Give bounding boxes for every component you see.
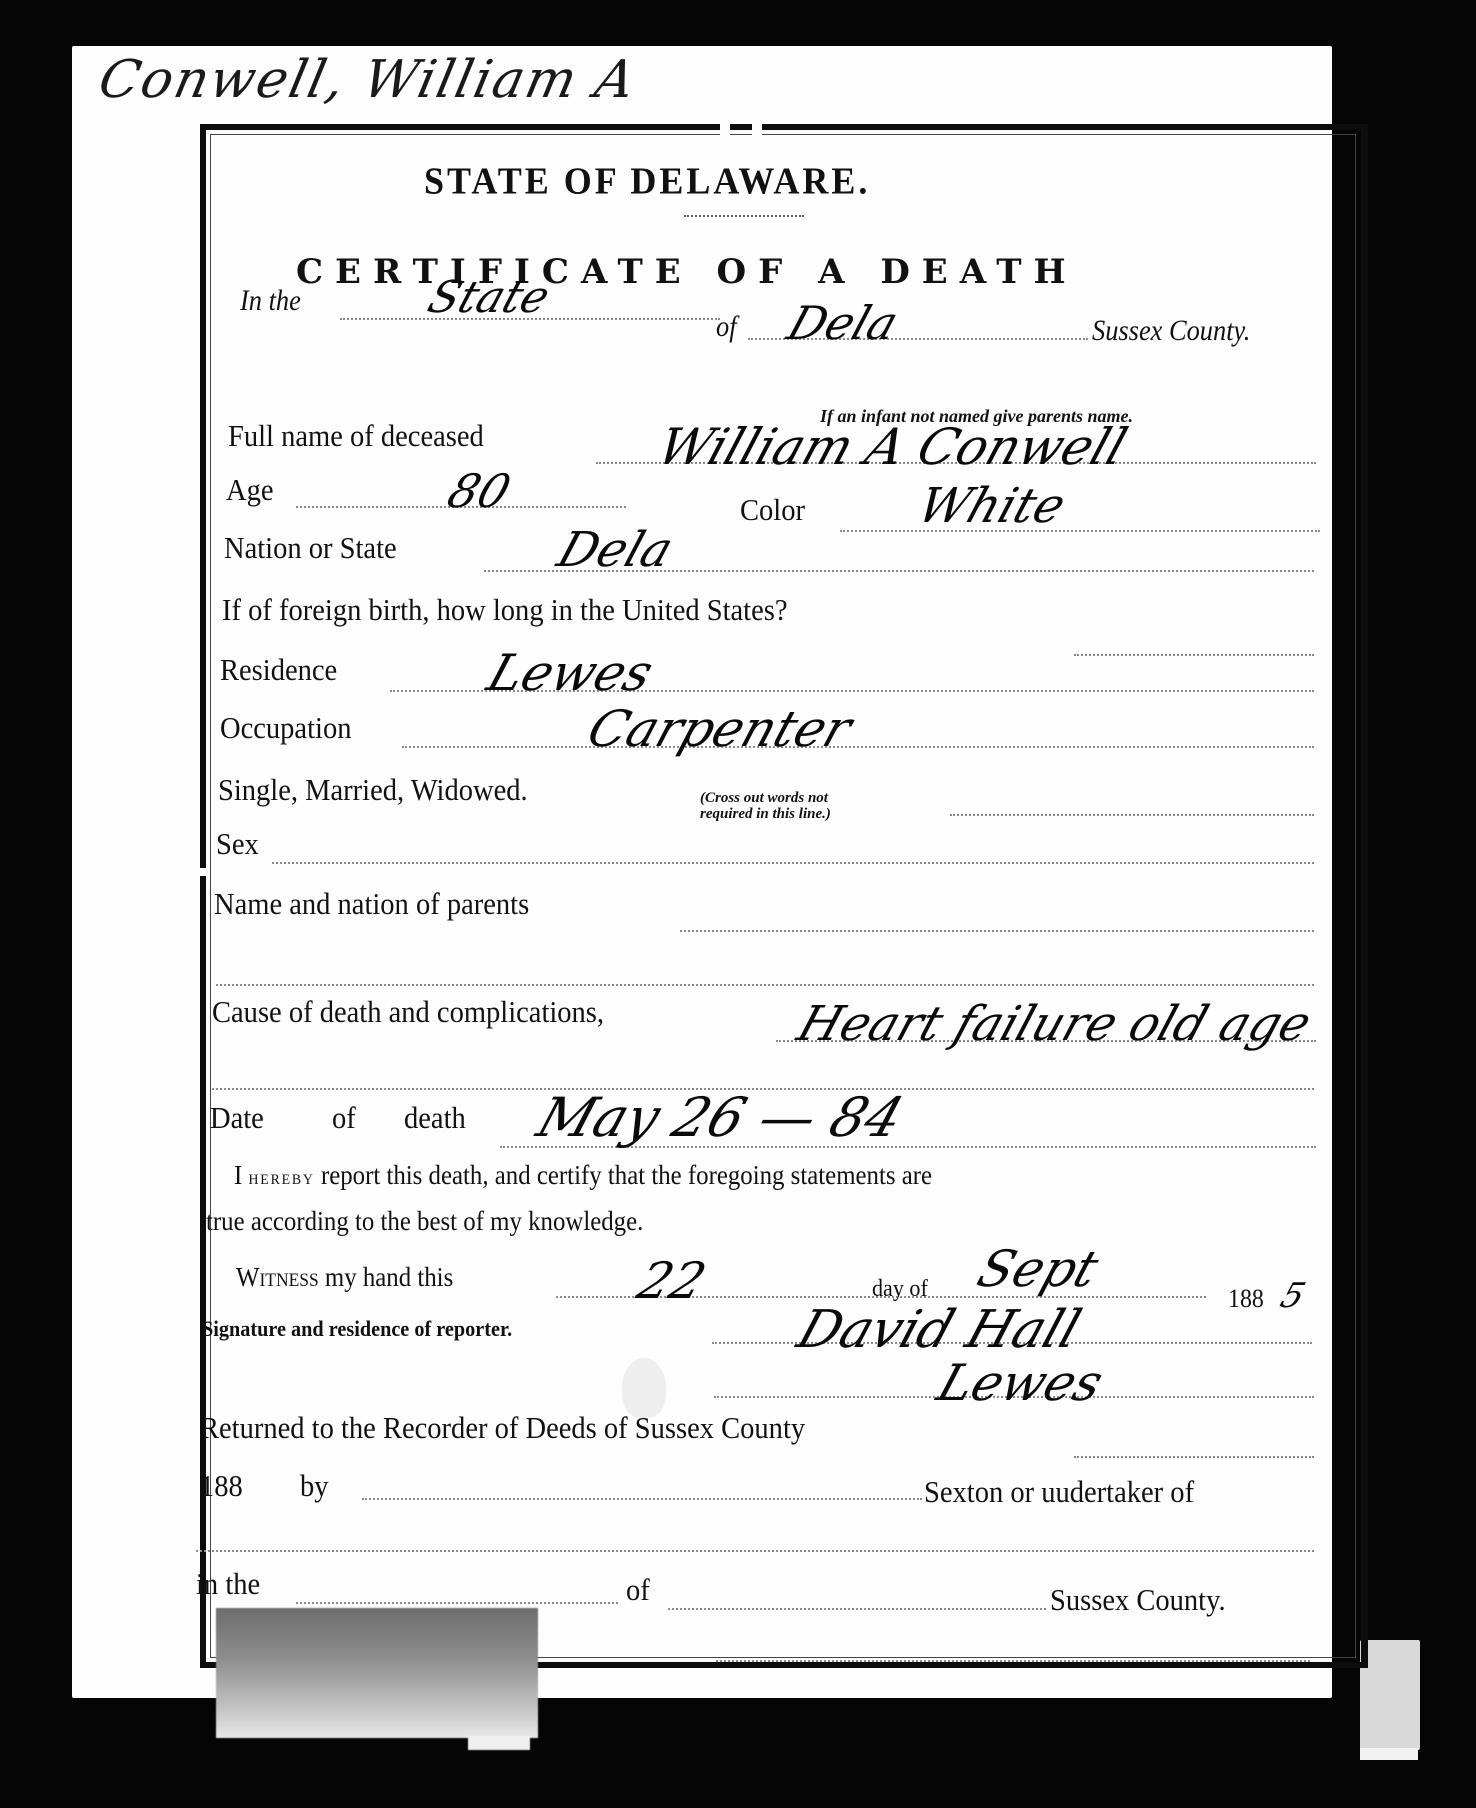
marital-line <box>950 814 1314 816</box>
returned-label: Returned to the Recorder of Deeds of Sus… <box>200 1410 805 1446</box>
crossout-note: (Cross out words not required in this li… <box>700 790 831 822</box>
state-title: STATE OF DELAWARE. <box>424 159 870 203</box>
sex-label: Sex <box>216 826 259 862</box>
in-the-label-bottom: in the <box>196 1566 260 1602</box>
occupation-label: Occupation <box>220 710 351 746</box>
witness-smallcaps: Witness <box>236 1262 319 1292</box>
of-label: of <box>716 310 737 344</box>
index-annotation: Conwell, William A <box>94 50 642 110</box>
cert-prefix: I <box>234 1160 242 1190</box>
crossout-note-line2: required in this line.) <box>700 806 831 822</box>
foreign-birth-line <box>1074 654 1314 656</box>
crossout-note-line1: (Cross out words not <box>700 790 831 806</box>
date-label-death: death <box>404 1100 466 1136</box>
nation-label: Nation or State <box>224 530 397 566</box>
nation-value: Dela <box>551 522 680 578</box>
cause-of-death-value: Heart failure old age <box>791 996 1318 1052</box>
marital-status-label: Single, Married, Widowed. <box>218 772 528 808</box>
cert-rest: report this death, and certify that the … <box>321 1160 932 1190</box>
sexton-line-2 <box>196 1550 1314 1552</box>
day-of-label: day of <box>872 1276 928 1303</box>
foreign-birth-label: If of foreign birth, how long in the Uni… <box>222 592 788 628</box>
cert-hereby: hereby <box>248 1164 314 1189</box>
date-label-date: Date <box>210 1100 264 1136</box>
signature-label: Signature and residence of reporter. <box>202 1316 512 1342</box>
in-the-value: State <box>422 272 556 323</box>
year-prefix: 188 <box>1228 1284 1264 1314</box>
certification-line-1: I hereby report this death, and certify … <box>234 1160 932 1191</box>
frame-gap <box>196 868 210 876</box>
final-line <box>716 1660 1310 1662</box>
parents-line-2 <box>216 984 1314 986</box>
occupation-line <box>402 746 1314 748</box>
full-name-value: William A Conwell <box>651 418 1134 476</box>
parents-label: Name and nation of parents <box>214 886 529 922</box>
certificate-title: CERTIFICATE OF A DEATH <box>296 252 1078 292</box>
color-value: White <box>911 478 1072 534</box>
of-label-bottom: of <box>626 1572 650 1608</box>
title-divider <box>684 215 804 217</box>
signature-value: David Hall <box>790 1300 1088 1360</box>
year-188-label: 188 <box>200 1468 243 1504</box>
by-line <box>362 1498 922 1500</box>
date-label-of: of <box>332 1100 356 1136</box>
reporter-residence-value: Lewes <box>931 1354 1111 1412</box>
witness-label: Witness my hand this <box>236 1262 453 1293</box>
paper-tab <box>1360 1640 1420 1750</box>
date-of-death-value: May 26 — 84 <box>530 1086 911 1149</box>
month-value: Sept <box>971 1240 1106 1298</box>
watermark-stamp <box>622 1358 666 1418</box>
cause-of-death-label: Cause of death and complications, <box>212 994 604 1030</box>
residence-value: Lewes <box>481 644 661 702</box>
frame-gap <box>752 118 762 138</box>
sex-line <box>272 862 1314 864</box>
certification-line-2: true according to the best of my knowled… <box>206 1206 643 1237</box>
returned-line <box>1074 1456 1314 1458</box>
of-bottom-line <box>668 1608 1046 1610</box>
color-label: Color <box>740 492 805 528</box>
in-the-bottom-line <box>296 1602 618 1604</box>
full-name-label: Full name of deceased <box>228 418 484 454</box>
of-value: Dela <box>781 296 905 350</box>
county-label: Sussex County. <box>1092 314 1250 348</box>
county-label-bottom: Sussex County. <box>1050 1582 1226 1618</box>
parents-line <box>680 930 1314 932</box>
in-the-label: In the <box>240 284 301 318</box>
occupation-value: Carpenter <box>581 700 859 758</box>
witness-rest: my hand this <box>325 1262 453 1292</box>
age-label: Age <box>226 472 274 508</box>
sexton-label: Sexton or uudertaker of <box>924 1474 1194 1510</box>
residence-label: Residence <box>220 652 337 688</box>
redaction-smudge <box>216 1608 538 1738</box>
frame-gap <box>720 118 730 138</box>
by-label: by <box>300 1468 329 1504</box>
